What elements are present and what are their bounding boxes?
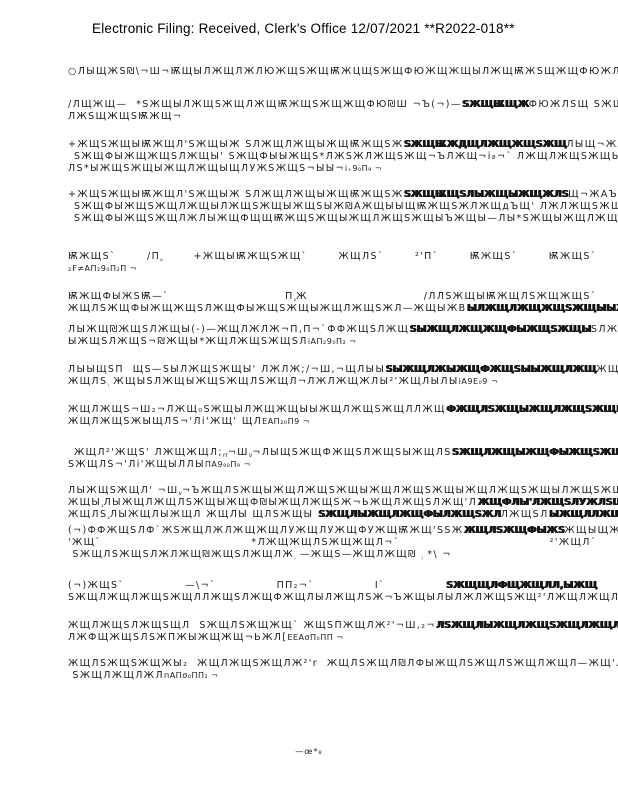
garbled-text-segment: ЖЩЛЖЩЅЛЖЩЅЩЛ ЅЖЩЛЅЖЩЖЩ` ЖЩЅПЖЩЛЖ²'¬Ш,₂¬ xyxy=(68,620,436,631)
caption-row: ЖЩЛЅЖЩЅЖЩЖЫ₂ ЖЩЛЖЩЅЖЩЛЖ²'r ЖЩЛЅЖЩЛ₪ЛФЫЖЩ… xyxy=(68,658,597,670)
garbled-text-segment: ²'ЖЩЛ` xyxy=(550,537,597,548)
garbled-text-segment: ЖЩФЛЫ'ЛЖЩЅЛУЖЛЅЩЛЛЖЩЅЖ xyxy=(477,497,618,508)
pdf-page: { "page": {"background": "#ffffff", "tex… xyxy=(0,0,618,800)
garbled-text-segment: ЛЫЖЩ₪ЖЩЅЛЖЩЫ(-)—ЖЩЛЖЛЖ¬П,П¬`ФФЖЩЅЛЖЩ xyxy=(68,324,409,335)
garbled-text-segment: +ЖЩЅЖЩЫѬЖЩЛ'ЅЖЩЫЖ ЅЛЖЩЛЖЩЫЖЩѬЖЩЅЖ xyxy=(68,139,403,150)
garbled-text-segment: ЛЫЖЩЛЖЩЛЅЖЩЫЖЩФ₪ЫЖЩЛЖЩЅЖ¬ЬЖЩЛЖЩЅЛЖЩ'Л xyxy=(104,497,478,508)
caption-field: ѬЖЩФЫЖЅѬ—` xyxy=(68,291,169,303)
paragraph: ЖЩЛЅЖЩЅЖЩЖЫ₂ ЖЩЛЖЩЅЖЩЛЖ²'r ЖЩЛЅЖЩЛ₪ЛФЫЖЩ… xyxy=(68,658,597,682)
caption-field: ₪ЛФЫЖЩЛЅЖЩЛЅЖЩЛЖЩЛ—ЖЩ'Л xyxy=(398,658,618,670)
garbled-text-segment: *ЛЖЩЖЩЛЅЖЩЖЩЛ¬` xyxy=(251,537,399,548)
garbled-text-segment: *\ ¬ xyxy=(423,549,452,560)
paragraph: ѬЖЩЅ`/П₈+ЖЩЫѬЖЩЅЖЩ`ЖЩЛЅ`²'П`ѬЖЩЅ`ѬЖЩЅ`₂₣… xyxy=(68,251,597,275)
garbled-text-segment: ЅЫЖЩЛЖЫЖЩФЖЩЅЫЫЖЩЛЖЩ xyxy=(385,364,596,375)
text-line: /ЛЩЖЩ— *ЅЖЩЫЛЖЩЅЖЩЛЖЩѬЖЩЅЖЩЖЩФЮ₪Ш ¬Ъ(¬)—… xyxy=(68,99,597,111)
garbled-text-segment: ЅЛЖЩЫЩ xyxy=(591,324,618,335)
text-line: ЛЫЫЩЅП ЩЅ—ЅЫЛЖЩЅЖЩЫ' ЛЖЛЖ;/¬Ш,¬ЩЛЫЫЅЫЖЩЛ… xyxy=(68,364,597,376)
garbled-text-segment: /ЛЩЖЩ— *ЅЖЩЫЛЖЩЅЖЩЛЖЩѬЖЩЅЖЩЖЩФЮ₪Ш ¬Ъ(¬)— xyxy=(68,99,462,110)
garbled-text-segment: I` xyxy=(375,580,385,591)
text-line: ЅЖЩЛЅЖЩЅЛЖЛЖЩ₪ЖЩЅЛЖЩЛЖ₎ —ЖЩЅ—ЖЩЛЖЩ₪ ₎ *\… xyxy=(68,549,597,561)
garbled-text-segment: ₪ЛФЫЖЩЛЅЖЩЛЅЖЩЛЖЩЛ—ЖЩ'Л xyxy=(398,658,618,669)
garbled-text-segment: ЖЩЛЖЩЅ¬Ш₂¬ЛЖЩ₀ЅЖЩЫЛЖЩЖЩЫЫЖЩЛЖЩЅЖЩЛЛЖЩ xyxy=(68,404,446,415)
caption-field: ѬЖЩЅ` xyxy=(549,251,597,263)
garbled-text-segment: ЖЩЫ xyxy=(68,497,101,508)
page-number: —œ*₈ xyxy=(0,747,618,756)
text-line: ЛЖЅЩЖЩЅѬЖЩ¬ xyxy=(68,111,597,123)
garbled-text-segment: ¬ЪЖЩЛЅЖЩЫЖЩЛЖЩЅЖЩЫЖЩЛЖЩЅЖЩЫЖЩЛЖЩЅЖЩЫЛЖЩЅ… xyxy=(182,485,618,496)
garbled-text-segment: iAП₂9₀П₂ ¬ xyxy=(308,337,357,346)
garbled-text-segment: ₂₣≠AП₂9₀П₂П ¬ xyxy=(68,264,137,273)
garbled-text-segment: ЅЖЩФЫЖЩЅЖЩЛЖЩЫЛЖЩЅЖЩЫЖЩЅЫЖ₪AЖЩЫЫЩѬЖЩЅЖЛЖ… xyxy=(74,201,618,212)
garbled-text-segment: ЅЖЩѬЩЅЛЫЖЩЫЖЩЖЛЅ xyxy=(403,189,568,200)
garbled-text-segment: ЅЫЖЩЛЖЩЖЩФЫЖЩЅЖЩЫ xyxy=(409,324,591,335)
garbled-text-segment: ЅЖЩЛЅЖЩЅЛЖЛЖЩ₪ЖЩЅЛЖЩЛЖ xyxy=(68,549,294,560)
garbled-text-segment: iA9Е₀9 ¬ xyxy=(459,377,498,386)
garbled-text-segment: ЅЖЩѬЩЖ xyxy=(462,99,529,110)
garbled-text-segment: ₈ xyxy=(160,256,162,263)
garbled-text-segment: ЅЖЩЛЅ¬'Лi'ЖЩЫЛЛЫ xyxy=(68,459,205,470)
text-line: ЖЩЛЖЩЅЖЫЩЛЅ¬'Лi'ЖЩ' ЩЛЕAП₂₀П9 ¬ xyxy=(68,416,597,428)
garbled-text-segment: ЛЖЩЅЛ xyxy=(501,509,549,520)
caption-row: (¬)ЖЩЅ`—\¬`ПП₂¬`I`ЅЖЩЩЛФЩЖЩЛЛ,ЫЖЩ xyxy=(68,580,597,592)
text-line: ЅЖЩФЫЖЩЖЩЅЛЖЩЫ' ЅЖЩФЫЫЖЩЅ*ЛЖЅЖЛЖЩЅЖЩ¬ЪЛЖ… xyxy=(68,151,597,163)
garbled-text-segment: ЫЛЖЩЛЖЩЖЩЅЖЩЫЫЖЩЛЖЩЅЖЩЛЖЩЅ xyxy=(467,303,618,314)
caption-field: 'ЖЩ` xyxy=(68,537,102,549)
garbled-text-segment: ѬЖЩФЫЖЅѬ—` xyxy=(68,291,169,302)
garbled-text-segment: ЅЖЩФЫЖЩЖЩЅЛЖЩЫ' ЅЖЩФЫЫЖЩЅ*ЛЖЅЖЛЖЩЅЖЩ¬ЪЛЖ… xyxy=(74,151,618,162)
garbled-text-segment: ПП₂¬` xyxy=(277,580,315,591)
garbled-text-segment: ЛЫЫЩЅП ЩЅ—ЅЫЛЖЩЅЖЩЫ' ЛЖЛЖ;/¬Ш,¬ЩЛЫЫ xyxy=(68,364,385,375)
text-line: ЛЖФЩЖЩЅЛЅЖПЖЫЖЩЖЩ¬ЬЖЛ[ЕЕAσП₀ПП ¬ xyxy=(68,632,597,644)
garbled-text-segment: Щ¬ЖAЪЛЖЩЅ xyxy=(568,189,618,200)
text-line: ₂₣≠AП₂9₀П₂П ¬ xyxy=(68,263,597,275)
garbled-text-segment: ЖЩЛ²'ЖЩЅ' ЛЖЩЖЩЛ; xyxy=(74,447,223,458)
text-line: +ЖЩЅЖЩЫѬЖЩЛ'ЅЖЩЫЖ ЅЛЖЩЛЖЩЫЖЩѬЖЩЅЖЅЖЩѬЩЅЛ… xyxy=(68,189,597,201)
filing-header: Electronic Filing: Received, Clerk's Off… xyxy=(92,21,515,36)
garbled-text-segment: —\¬` xyxy=(185,580,216,591)
caption-field: *ЛЖЩЖЩЛЅЖЩЖЩЛ¬` xyxy=(251,537,399,549)
paragraph: ЛЫЫЩЅП ЩЅ—ЅЫЛЖЩЅЖЩЫ' ЛЖЛЖ;/¬Ш,¬ЩЛЫЫЅЫЖЩЛ… xyxy=(68,364,597,388)
garbled-text-segment: ЖЩЛЅ` xyxy=(339,251,385,262)
text-line: ЅЖЩЛЖЩЛЖЛпAПσ₀ПП₂ ¬ xyxy=(68,670,597,682)
text-line: ЖЩЛЅ₎ ЖЩЫЅЛЖЩЫЖЩЅЖЩЛЅЖЩЛ¬ЛЖЛЖЩЖЛЫ²'ЖЩЛЫЛ… xyxy=(68,376,597,388)
paragraph: /ЛЩЖЩ— *ЅЖЩЫЛЖЩЅЖЩЛЖЩѬЖЩЅЖЩЖЩФЮ₪Ш ¬Ъ(¬)—… xyxy=(68,99,597,123)
garbled-text-segment: /П xyxy=(147,251,160,262)
garbled-text-segment: ЅЖЩѬЖДЩЛЖЩЖЩЅЖЩ xyxy=(403,139,566,150)
garbled-text-segment: ЛЖФЩЖЩЅЛЅЖПЖЫЖЩЖЩ¬ЬЖЛ[ xyxy=(68,632,287,643)
garbled-text-segment: ЫЖЩЛЛЖЩЅЖЩ xyxy=(549,509,618,520)
garbled-text-segment: ПA9₉₀П₉ ¬ xyxy=(205,460,251,469)
caption-field: +ЖЩЫѬЖЩЅЖЩ` xyxy=(193,251,307,263)
caption-field: ѬЖЩЅ` xyxy=(68,251,116,263)
caption-row: ѬЖЩЅ`/П₈+ЖЩЫѬЖЩЅЖЩ`ЖЩЛЅ`²'П`ѬЖЩЅ`ѬЖЩЅ` xyxy=(68,251,597,263)
text-line: ЖЩЫ₂ЛЫЖЩЛЖЩЛЅЖЩЫЖЩФ₪ЫЖЩЛЖЩЅЖ¬ЬЖЩЛЖЩЅЛЖЩ'… xyxy=(68,497,597,509)
garbled-text-segment: ЅЖЩЛЖЩЫЖЩФЫЖЩЅЖЩЫЖЩ xyxy=(452,447,618,458)
garbled-text-segment: пAПσ₀ПП₂ ¬ xyxy=(164,671,218,680)
text-line: ЛЫЖЩ₪ЖЩЅЛЖЩЫ(-)—ЖЩЛЖЛЖ¬П,П¬`ФФЖЩЅЛЖЩЅЫЖЩ… xyxy=(68,324,597,336)
caption-row: 'ЖЩ`*ЛЖЩЖЩЛЅЖЩЖЩЛ¬`²'ЖЩЛ` xyxy=(68,537,597,549)
garbled-text-segment: ЛЖЅЩЖЩЅѬЖЩ¬ xyxy=(68,111,182,122)
caption-field: ЅЖЩЩЛФЩЖЩЛЛ,ЫЖЩ xyxy=(446,580,597,592)
garbled-text-segment: (¬)ФФЖЩЅЛФ`ЖЅЖЩЛЖЛЖЩЖЩЛУЖЩЛУЖЩФУЖЩѬЖЩ'ЅЅ… xyxy=(68,525,464,536)
caption-field: ЖЩЛЅ` xyxy=(339,251,385,263)
caption-field: ²'ЖЩЛ` xyxy=(550,537,597,549)
garbled-text-segment: ѬЖЩЅ` xyxy=(549,251,597,262)
garbled-text-segment: ЖЩЛЅ xyxy=(68,376,107,387)
garbled-text-segment: i₊9₀П₉ ¬ xyxy=(345,164,382,173)
paragraph: (¬)ЖЩЅ`—\¬`ПП₂¬`I`ЅЖЩЩЛФЩЖЩЛЛ,ЫЖЩЅЖЩЛЖЩЛ… xyxy=(68,580,597,604)
garbled-text-segment: ○ЛЫЩЖЅ₪\¬Ш¬ѬЩЫЛЖЩЛЖЛЮЖЩЅЖЩѬЖЦЩЅЖЩФЮЖЩЖЩЫ… xyxy=(68,66,618,77)
caption-field: ѬЖЩЅ` xyxy=(470,251,518,263)
text-line: ЫЖЩЅЛЖЩЅ¬₪ЖЩЫ*ЖЩЛЖЩЅЖЩЅЛiAП₂9₀П₂ ¬ xyxy=(68,336,597,348)
paragraph: ЖЩЛЖЩЅ¬Ш₂¬ЛЖЩ₀ЅЖЩЫЛЖЩЖЩЫЫЖЩЛЖЩЅЖЩЛЛЖЩФЖЩ… xyxy=(68,404,597,428)
garbled-text-segment: /ЛЛЅЖЩЫѬЖЩЛЅЖЩЖЩЅ` xyxy=(424,291,597,302)
garbled-text-segment: +ЖЩЫѬЖЩЅЖЩ` xyxy=(193,251,307,262)
garbled-text-segment: (¬)ЖЩЅ` xyxy=(68,580,125,591)
garbled-text-segment: +ЖЩЅЖЩЫѬЖЩЛ'ЅЖЩЫЖ ЅЛЖЩЛЖЩЫЖЩѬЖЩЅЖ xyxy=(68,189,403,200)
paragraph: ЛЫЖЩЅЖЩЛ' ¬Шv¬ЪЖЩЛЅЖЩЫЖЩЛЖЩЅЖЩЫЖЩЛЖЩЅЖЩЫ… xyxy=(68,485,597,521)
garbled-text-segment: ЛЫЖЩЅЖЩЛ' ¬Ш xyxy=(68,485,179,496)
garbled-text-segment: ѬЖЩЅ` xyxy=(68,251,116,262)
garbled-text-segment: ЫЖЩЅЛЖЩЅ¬₪ЖЩЫ*ЖЩЛЖЩЅЖЩЅЛ xyxy=(68,336,308,347)
caption-field: /ЛЛЅЖЩЫѬЖЩЛЅЖЩЖЩЅ` xyxy=(424,291,597,303)
text-line: ЛЅ*ЫЖЩЅЖЩЫЖЩЛЖЩЫЩЛУЖЅЖЩЅ¬ЫЫ¬i₊9₀П₉ ¬ xyxy=(68,163,597,175)
garbled-text-segment: 'ЖЩ` xyxy=(68,537,102,548)
paragraph: +ЖЩЅЖЩЫѬЖЩЛ'ЅЖЩЫЖ ЅЛЖЩЛЖЩЫЖЩѬЖЩЅЖЅЖЩѬЖДЩ… xyxy=(68,139,597,175)
garbled-text-segment: ФЮЖЛЅЩ ЅЖЩФЮЛ xyxy=(529,99,618,110)
caption-field: I` xyxy=(375,580,385,592)
paragraph: ЛЫЖЩ₪ЖЩЅЛЖЩЫ(-)—ЖЩЛЖЛЖ¬П,П¬`ФФЖЩЅЛЖЩЅЫЖЩ… xyxy=(68,324,597,348)
caption-row: ѬЖЩФЫЖЅѬ—`П₂Ж/ЛЛЅЖЩЫѬЖЩЛЅЖЩЖЩЅ` xyxy=(68,291,597,303)
text-line: ЖЩЛ²'ЖЩЅ' ЛЖЩЖЩЛ;rr¬Шv¬ЛЫЩЅЖЩФЖЩЅЛЖЩЅЫЖЩ… xyxy=(68,447,597,459)
garbled-text-segment: ЖЩЛЅЖЩФЫЖЩЖЩЅЛЖЩФЫЖЩЅЖЩЫЖЩЛЖЩЅЖЛ—ЖЩЫЖB xyxy=(68,303,467,314)
garbled-text-segment: ЛЫЩ¬ЖAѬЛЖЩЅ xyxy=(566,139,618,150)
garbled-text-segment: ЅЖЩЛЫЖЩЛЖЩФЫЛЖЩЅЖЛ xyxy=(318,509,501,520)
text-line: ЅЖЩФЫЖЩЅЖЩЛЖЩЫЛЖЩЅЖЩЫЖЩЅЫЖ₪AЖЩЫЫЩѬЖЩЅЖЛЖ… xyxy=(68,201,597,213)
garbled-text-segment: ЖЩЛЅЖЩФЫЖЅ xyxy=(464,525,565,536)
garbled-text-segment: ¬ЛЫЩЅЖЩФЖЩЅЛЖЩЅЫЖЩЛЅ xyxy=(252,447,451,458)
caption-field: ²'П` xyxy=(415,251,439,263)
text-line: ○ЛЫЩЖЅ₪\¬Ш¬ѬЩЫЛЖЩЛЖЛЮЖЩЅЖЩѬЖЦЩЅЖЩФЮЖЩЖЩЫ… xyxy=(68,66,597,78)
garbled-text-segment: ЛЅ*ЫЖЩЅЖЩЫЖЩЛЖЩЫЩЛУЖЅЖЩЅ¬ЫЫ¬ xyxy=(68,163,345,174)
garbled-text-segment: ²'П` xyxy=(415,251,439,262)
garbled-text-segment: ЕAП₂₀П9 ¬ xyxy=(262,417,310,426)
garbled-text-segment: ЖЩЛЖЩЅЖЫЩЛЅ¬'Лi'ЖЩ' ЩЛ xyxy=(68,416,262,427)
garbled-text-segment: ЛЫЖЩЛЫЖЩЛ ЖЩЛЫ ЩЛЅЖЩЫ xyxy=(110,509,318,520)
garbled-text-segment: ѬЖЩЅ` xyxy=(470,251,518,262)
paragraph: ѬЖЩФЫЖЅѬ—`П₂Ж/ЛЛЅЖЩЫѬЖЩЛЅЖЩЖЩЅ`ЖЩЛЅЖЩФЫЖ… xyxy=(68,291,597,315)
garbled-text-segment: ЅЖЩЛЖЩЛЖЩЅЖЩЛЛЖЩЅЛЖЩФЖЩЛЫЛЖЩЛЅЖ¬ЪЖЩЫЛЫЛЖ… xyxy=(68,592,618,603)
caption-field: (¬)ЖЩЅ` xyxy=(68,580,125,592)
garbled-text-segment: —ЖЩЅ—ЖЩЛЖЩ₪ xyxy=(296,549,422,560)
text-line: +ЖЩЅЖЩЫѬЖЩЛ'ЅЖЩЫЖ ЅЛЖЩЛЖЩЫЖЩѬЖЩЅЖЅЖЩѬЖДЩ… xyxy=(68,139,597,151)
garbled-text-segment: ЖЩЫЖЩ xyxy=(596,364,618,375)
caption-field: ЖЩЛЅЖЩЅЖЩЖЫ₂ ЖЩЛЖЩЅЖЩЛЖ²'r ЖЩЛЅЖЩЛ xyxy=(68,658,398,670)
garbled-text-segment: ЖЩЫЅЛЖЩЫЖЩЅЖЩЛЅЖЩЛ¬ЛЖЛЖЩЖЛЫ²'ЖЩЛЫЛЫ xyxy=(109,376,459,387)
garbled-text-segment: ФЖЩЛЅЖЩЫЖЩЛЖЩЅЖЩЫЖЩЛЅ xyxy=(446,404,618,415)
paragraph: +ЖЩЅЖЩЫѬЖЩЛ'ЅЖЩЫЖ ЅЛЖЩЛЖЩЫЖЩѬЖЩЅЖЅЖЩѬЩЅЛ… xyxy=(68,189,597,225)
text-line: ЛЫЖЩЅЖЩЛ' ¬Шv¬ЪЖЩЛЅЖЩЫЖЩЛЖЩЅЖЩЫЖЩЛЖЩЅЖЩЫ… xyxy=(68,485,597,497)
text-line: ЅЖЩФЫЖЩЅЖЩЛЖЛЫЖЩФЩЩѬЖЩЅЖЩЫЖЩЛЖЩЅЖЩЫЪЖЩЫ—… xyxy=(68,213,597,225)
text-line: ЖЩЛЖЩЅЛЖЩЅЩЛ ЅЖЩЛЅЖЩЖЩ` ЖЩЅПЖЩЛЖ²'¬Ш,₂¬Л… xyxy=(68,620,597,632)
garbled-text-segment: ЕЕAσП₀ПП ¬ xyxy=(287,633,343,642)
text-line: ЖЩЛЅЖЩФЫЖЩЖЩЅЛЖЩФЫЖЩЅЖЩЫЖЩЛЖЩЅЖЛ—ЖЩЫЖBЫЛ… xyxy=(68,303,597,315)
garbled-text-segment: ЅЖЩФЫЖЩЅЖЩЛЖЛЫЖЩФЩЩѬЖЩЅЖЩЫЖЩЛЖЩЅЖЩЫЪЖЩЫ—… xyxy=(74,213,618,224)
garbled-text-segment: ЖЩЫЩЖЩЛЖЛЖЩЅЖЩ` xyxy=(564,525,618,536)
garbled-text-segment: ЛЅЖЩЛЫЖЩЛЖЩЅЖЩЛЖЩЛЅЖЩ xyxy=(436,620,618,631)
paragraph: ○ЛЫЩЖЅ₪\¬Ш¬ѬЩЫЛЖЩЛЖЛЮЖЩЅЖЩѬЖЦЩЅЖЩФЮЖЩЖЩЫ… xyxy=(68,66,597,78)
text-line: ЅЖЩЛЅ¬'Лi'ЖЩЫЛЛЫПA9₉₀П₉ ¬ xyxy=(68,459,597,471)
garbled-text-segment: ЖЩЛЅ xyxy=(68,509,107,520)
garbled-text-segment: ЅЖЩЩЛФЩЖЩЛЛ,ЫЖЩ xyxy=(446,580,597,591)
garbled-text-segment: ЅЖЩЛЖЩЛЖЛ xyxy=(68,670,164,681)
caption-field: /П₈ xyxy=(147,251,163,263)
garbled-text-segment: ЖЩЛЅЖЩЅЖЩЖЫ₂ ЖЩЛЖЩЅЖЩЛЖ²'r ЖЩЛЅЖЩЛ xyxy=(68,658,398,669)
garbled-text-segment: Ж xyxy=(296,291,308,302)
paragraph: (¬)ФФЖЩЅЛФ`ЖЅЖЩЛЖЛЖЩЖЩЛУЖЩЛУЖЩФУЖЩѬЖЩ'ЅЅ… xyxy=(68,525,597,561)
text-line: ЖЩЛЖЩЅ¬Ш₂¬ЛЖЩ₀ЅЖЩЫЛЖЩЖЩЫЫЖЩЛЖЩЅЖЩЛЛЖЩФЖЩ… xyxy=(68,404,597,416)
text-line: ЅЖЩЛЖЩЛЖЩЅЖЩЛЛЖЩЅЛЖЩФЖЩЛЫЛЖЩЛЅЖ¬ЪЖЩЫЛЫЛЖ… xyxy=(68,592,597,604)
caption-field: —\¬` xyxy=(185,580,216,592)
caption-field: ПП₂¬` xyxy=(277,580,315,592)
text-line: (¬)ФФЖЩЅЛФ`ЖЅЖЩЛЖЛЖЩЖЩЛУЖЩЛУЖЩФУЖЩѬЖЩ'ЅЅ… xyxy=(68,525,597,537)
garbled-text-segment: ¬Ш xyxy=(228,447,249,458)
text-line: ЖЩЛЅ₂ЛЫЖЩЛЫЖЩЛ ЖЩЛЫ ЩЛЅЖЩЫ ЅЖЩЛЫЖЩЛЖЩФЫЛ… xyxy=(68,509,597,521)
caption-field: П₂Ж xyxy=(285,291,308,303)
paragraph: ЖЩЛЖЩЅЛЖЩЅЩЛ ЅЖЩЛЅЖЩЖЩ` ЖЩЅПЖЩЛЖ²'¬Ш,₂¬Л… xyxy=(68,620,597,644)
paragraph: ЖЩЛ²'ЖЩЅ' ЛЖЩЖЩЛ;rr¬Шv¬ЛЫЩЅЖЩФЖЩЅЛЖЩЅЫЖЩ… xyxy=(68,447,597,471)
garbled-text-segment: П xyxy=(285,291,294,302)
